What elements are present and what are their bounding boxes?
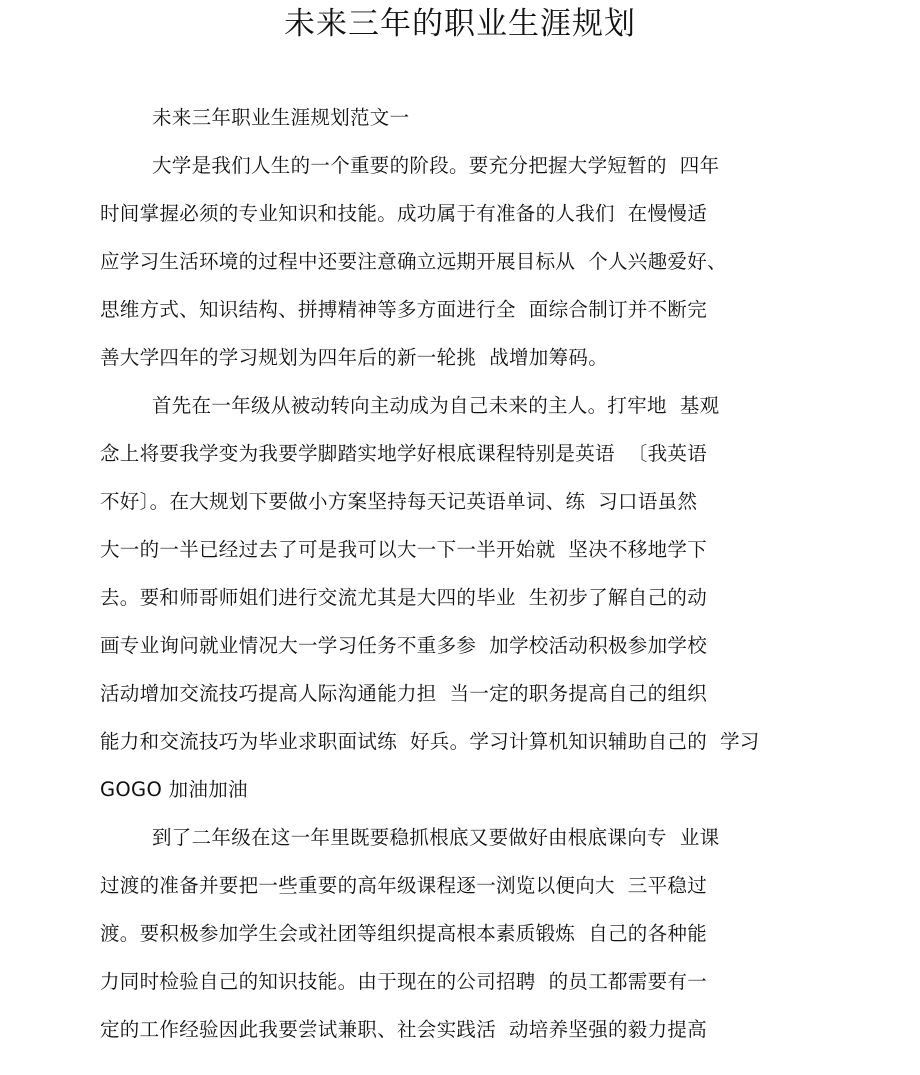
text-line: 力同时检验自己的知识技能。由于现在的公司招聘 的员工都需要有一 (100, 958, 820, 1006)
text-line: 过渡的准备并要把一些重要的高年级课程逐一浏览以便向大 三平稳过 (100, 862, 820, 910)
text-line: 到了二年级在这一年里既要稳抓根底又要做好由根底课向专 业课 (100, 814, 820, 862)
text-line: 首先在一年级从被动转向主动成为自己未来的主人。打牢地 基观 (100, 382, 820, 430)
text-line: 时间掌握必须的专业知识和技能。成功属于有准备的人我们 在慢慢适 (100, 190, 820, 238)
text-line: 能力和交流技巧为毕业求职面试练 好兵。学习计算机知识辅助自己的 学习 (100, 718, 820, 766)
text-line: 思维方式、知识结构、拼搏精神等多方面进行全 面综合制订并不断完 (100, 286, 820, 334)
text-line: 活动增加交流技巧提高人际沟通能力担 当一定的职务提高自己的组织 (100, 670, 820, 718)
text-line: 画专业询问就业情况大一学习任务不重多参 加学校活动积极参加学校 (100, 622, 820, 670)
text-line: 念上将要我学变为我要学脚踏实地学好根底课程特别是英语 〔我英语 (100, 430, 820, 478)
document-title: 未来三年的职业生涯规划 (0, 2, 920, 46)
text-line: 大学是我们人生的一个重要的阶段。要充分把握大学短暂的 四年 (100, 142, 820, 190)
text-line: 应学习生活环境的过程中还要注意确立远期开展目标从 个人兴趣爱好、 (100, 238, 820, 286)
text-line: 定的工作经验因此我要尝试兼职、社会实践活 动培养坚强的毅力提高 (100, 1006, 820, 1054)
text-line: 善大学四年的学习规划为四年后的新一轮挑 战增加筹码。 (100, 334, 820, 382)
text-line: 未来三年职业生涯规划范文一 (100, 94, 820, 142)
text-line: 大一的一半已经过去了可是我可以大一下一半开始就 坚决不移地学下 (100, 526, 820, 574)
text-line: 去。要和师哥师姐们进行交流尤其是大四的毕业 生初步了解自己的动 (100, 574, 820, 622)
text-line: 不好〕。在大规划下要做小方案坚持每天记英语单词、练 习口语虽然 (100, 478, 820, 526)
document-body: 未来三年职业生涯规划范文一 大学是我们人生的一个重要的阶段。要充分把握大学短暂的… (100, 94, 820, 1054)
text-line: 渡。要积极参加学生会或社团等组织提高根本素质锻炼 自己的各种能 (100, 910, 820, 958)
text-line: GOGO 加油加油 (100, 766, 820, 814)
